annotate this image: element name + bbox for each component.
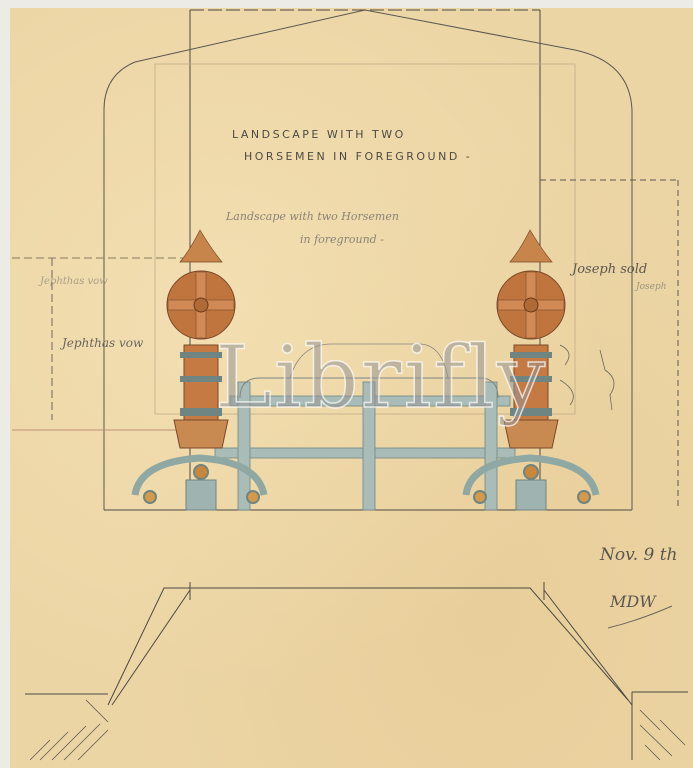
left-note-faint: Jephthas vow	[40, 276, 108, 287]
signature-date: Nov. 9 th	[600, 545, 678, 565]
title-line-1: LANDSCAPE WITH TWO	[232, 128, 406, 141]
right-note-faint: Joseph	[636, 282, 667, 292]
pencil-note-line-1: Landscape with two Horsemen	[226, 210, 399, 223]
signature-initials: MDW	[610, 592, 656, 611]
pencil-note-line-2: in foreground -	[300, 233, 384, 246]
title-line-2: HORSEMEN IN FOREGROUND -	[244, 150, 472, 163]
watermark: Librifly	[215, 328, 547, 428]
right-note: Joseph sold	[572, 262, 647, 277]
left-note: Jephthas vow	[62, 336, 143, 350]
